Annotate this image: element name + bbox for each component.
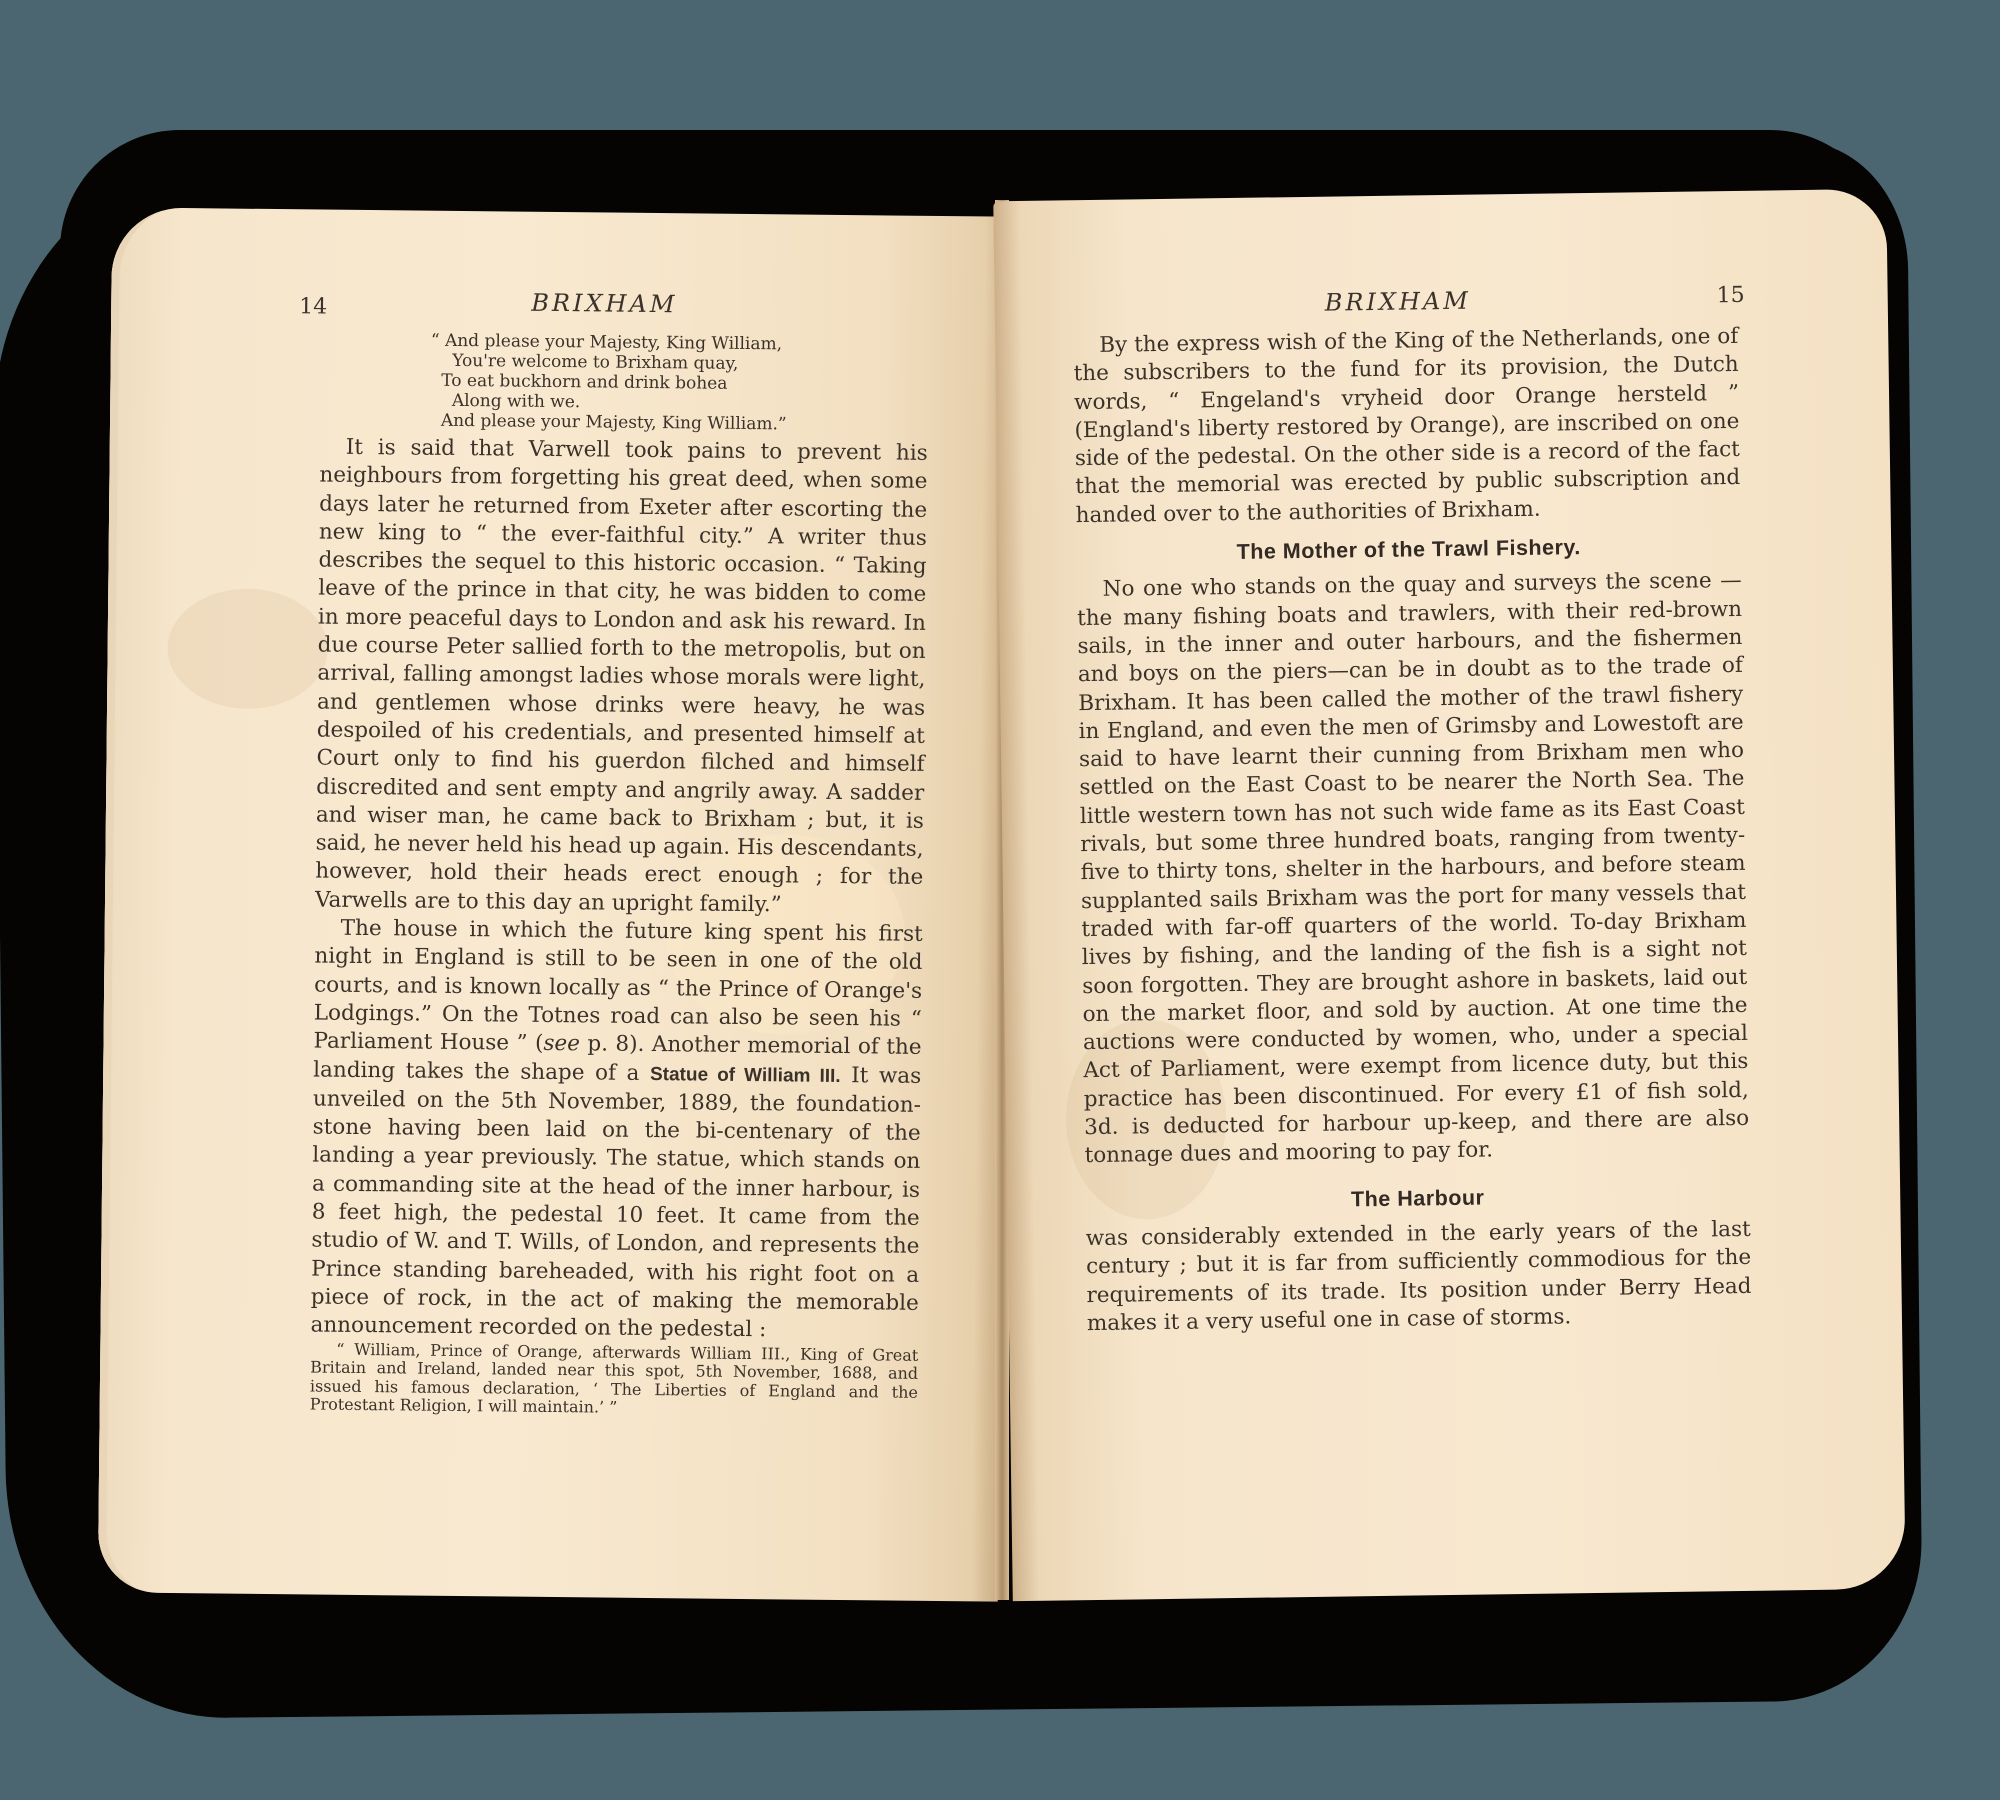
verse-line: And please your Majesty, King William.” (430, 411, 928, 436)
page-number: 15 (1716, 283, 1744, 308)
paragraph: By the express wish of the King of the N… (1073, 323, 1741, 530)
running-head: BRIXHAM (1325, 287, 1471, 317)
paragraph: was considerably extended in the early y… (1086, 1216, 1753, 1338)
right-page: BRIXHAM 15 By the express wish of the Ki… (993, 189, 1905, 1601)
paragraph-text: It was unveiled on the 5th November, 188… (310, 1063, 921, 1343)
running-head: BRIXHAM (531, 289, 677, 319)
paragraph: It is said that Varwell took pains to pr… (315, 434, 928, 921)
right-page-body: By the express wish of the King of the N… (1073, 323, 1752, 1338)
section-heading: The Mother of the Trawl Fishery. (1076, 531, 1741, 569)
paragraph: The house in which the future king spent… (310, 915, 922, 1347)
verse-block: “ And please your Majesty, King William,… (430, 331, 929, 436)
paragraph: No one who stands on the quay and survey… (1077, 567, 1750, 1170)
paper-stain (167, 588, 328, 710)
page-number: 14 (299, 294, 327, 319)
left-page: 14 BRIXHAM “ And please your Majesty, Ki… (98, 207, 1012, 1601)
section-heading: The Harbour (1085, 1179, 1750, 1217)
left-page-body: “ And please your Majesty, King William,… (310, 330, 929, 1421)
statue-title: Statue of William III. (650, 1064, 841, 1087)
italic-see: see (543, 1031, 580, 1056)
pedestal-inscription: “ William, Prince of Orange, afterwards … (310, 1340, 919, 1420)
